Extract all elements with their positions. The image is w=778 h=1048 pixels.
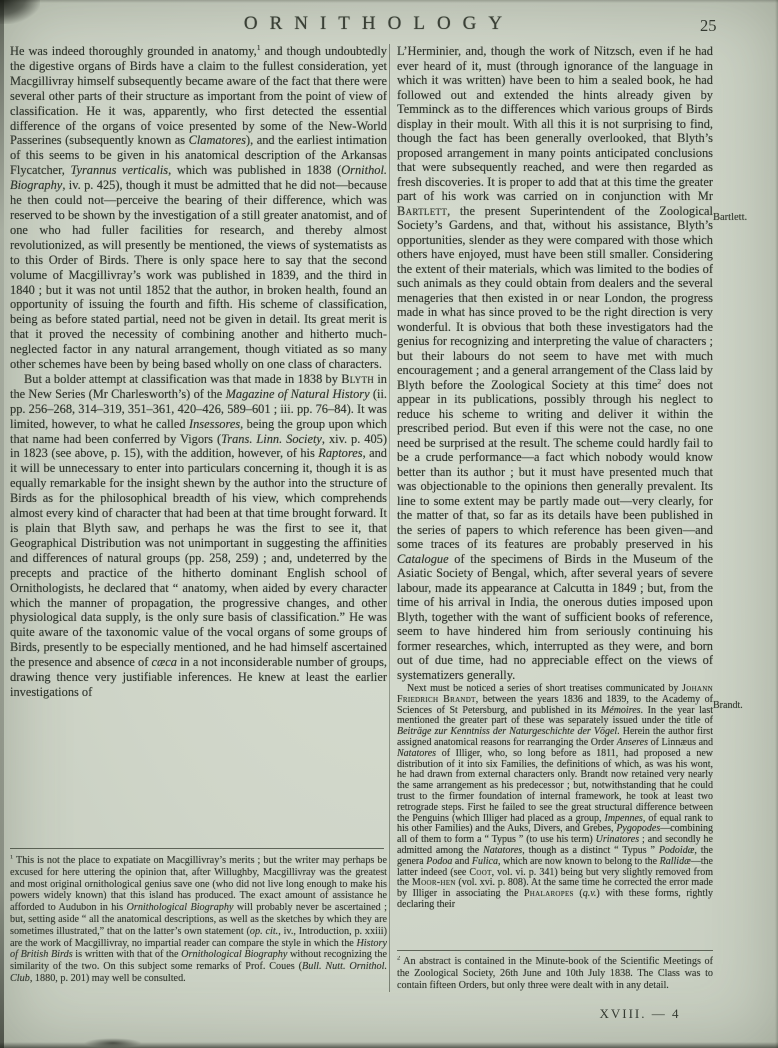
column-divider-rule <box>389 44 390 992</box>
left-column: He was indeed thoroughly grounded in ana… <box>10 44 387 850</box>
scan-edge-left <box>0 0 4 1048</box>
page-title: ORNITHOLOGY <box>244 13 514 34</box>
book-page: ORNITHOLOGY 25 He was indeed thoroughly … <box>0 0 778 1048</box>
scan-smudge-bottom <box>84 1038 142 1048</box>
page-number: 25 <box>700 16 717 36</box>
margin-note-brandt: Brandt. <box>713 700 775 711</box>
paragraph: He was indeed thoroughly grounded in ana… <box>10 44 387 372</box>
footnote-1: 1 This is not the place to expatiate on … <box>10 855 387 995</box>
scan-edge-top <box>0 0 778 3</box>
footnote-2: 2 An abstract is contained in the Minute… <box>397 956 713 1006</box>
margin-note-bartlett: Bartlett. <box>713 212 775 223</box>
paragraph: But a bolder attempt at classification w… <box>10 372 387 700</box>
footnote-rule-right <box>397 950 713 951</box>
footnote-rule-left <box>10 848 384 849</box>
paragraph-small-type: Next must be noticed a series of short t… <box>397 684 713 911</box>
paragraph: L’Herminier, and, though the work of Nit… <box>397 44 713 682</box>
running-head: ORNITHOLOGY <box>0 13 758 35</box>
right-column: L’Herminier, and, though the work of Nit… <box>397 44 713 952</box>
signature-mark: XVIII. — 4 <box>558 1006 722 1022</box>
